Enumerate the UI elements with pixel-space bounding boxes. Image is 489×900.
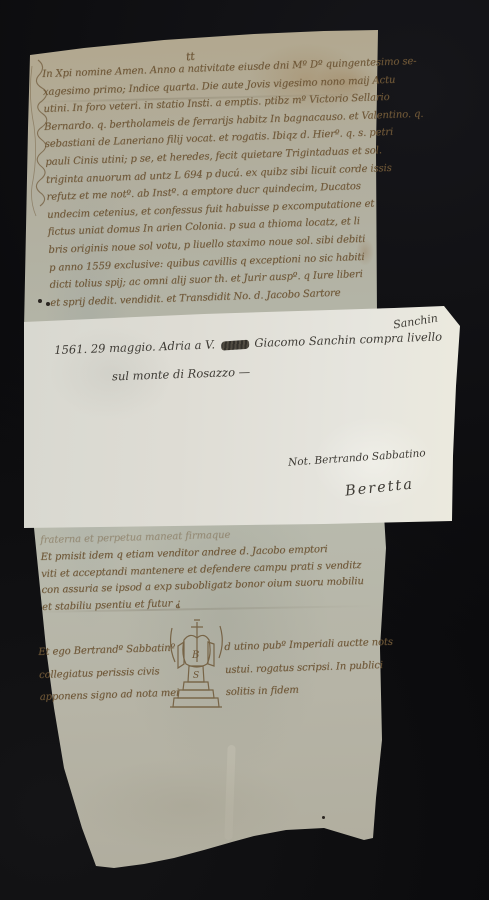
manuscript-lower-block: fraterna et perpetua maneat firmaque Et … xyxy=(40,523,394,617)
scribbled-out-word xyxy=(220,339,249,350)
closing-block-right: d utino pubº Imperiali auctte nots ustui… xyxy=(224,632,391,705)
photo-of-manuscript: tt In Xpi nomine Amen. Anno a nativitate… xyxy=(0,0,489,900)
closing-block-left: Et ego Bertrandº Sabbatinº collegiatus p… xyxy=(38,637,200,709)
manuscript-main-block: In Xpi nomine Amen. Anno a nativitate ei… xyxy=(42,54,388,312)
ink-blot-dot xyxy=(38,299,42,303)
speck xyxy=(322,816,325,819)
